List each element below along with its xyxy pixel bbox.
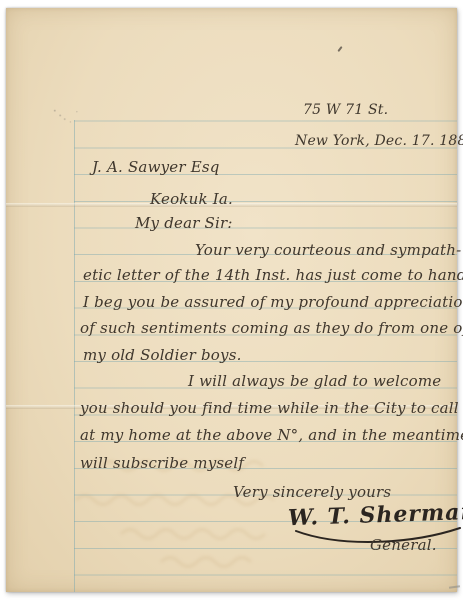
body-line: Your very courteous and sympath-	[195, 243, 461, 258]
signature-title: General.	[370, 538, 437, 553]
body-line: I will always be glad to welcome	[188, 374, 441, 389]
body-line: will subscribe myself	[80, 456, 244, 471]
recipient-name: J. A. Sawyer Esq	[92, 160, 220, 175]
recipient-location: Keokuk Ia.	[150, 192, 233, 207]
letter-paper: 75 W 71 St. New York, Dec. 17. 1888 J. A…	[6, 8, 457, 592]
salutation: My dear Sir:	[135, 216, 233, 231]
body-line: you should you find time while in the Ci…	[80, 401, 459, 416]
body-line: I beg you be assured of my profound appr…	[83, 295, 463, 310]
stray-ink-mark	[337, 46, 342, 52]
pencil-smudge	[47, 106, 81, 128]
body-line: at my home at the above N°, and in the m…	[80, 428, 463, 443]
body-line: of such sentiments coming as they do fro…	[80, 321, 463, 336]
body-line: my old Soldier boys.	[83, 348, 242, 363]
address-line: 75 W 71 St.	[303, 103, 388, 117]
body-line: etic letter of the 14th Inst. has just c…	[83, 268, 463, 283]
date-line: New York, Dec. 17. 1888	[295, 134, 463, 148]
margin-line	[74, 120, 75, 592]
valediction: Very sincerely yours	[233, 485, 391, 500]
